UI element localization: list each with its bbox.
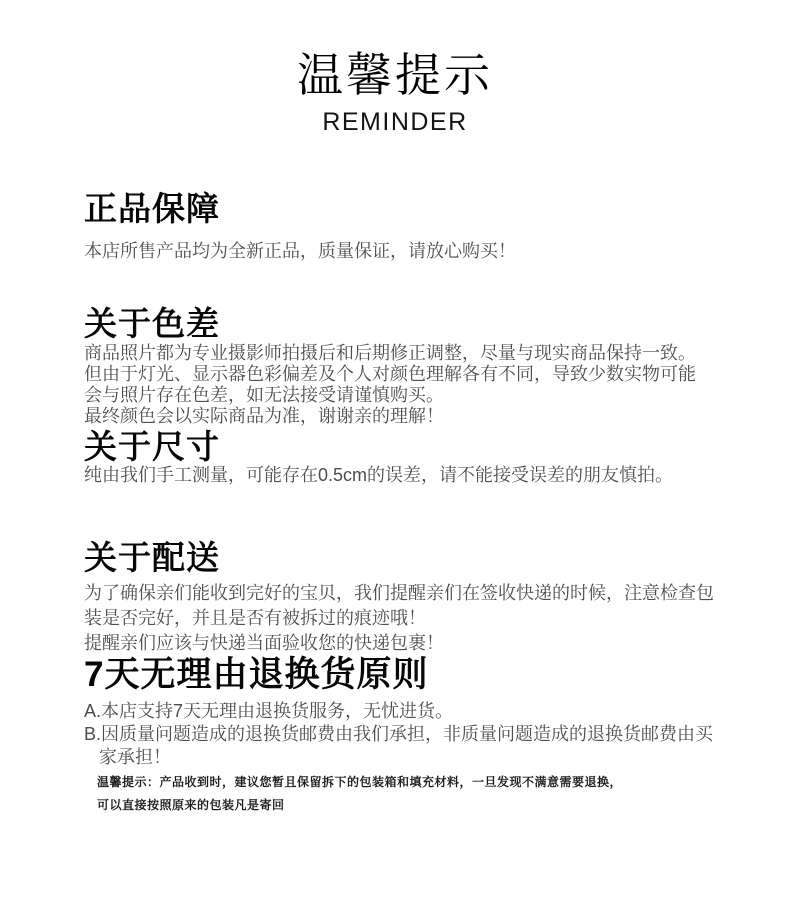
section-body-color-difference: 商品照片都为专业摄影师拍摄后和后期修正调整，尽量与现实商品保持一致。 但由于灯光… (84, 343, 696, 427)
page-title: 温馨提示 (0, 52, 790, 98)
text-line: 装是否完好，并且是否有被拆过的痕迹哦！ (84, 606, 714, 631)
section-heading-color-difference: 关于色差 (84, 307, 220, 340)
text-line: 商品照片都为专业摄影师拍摄后和后期修正调整，尽量与现实商品保持一致。 (84, 343, 696, 364)
text-line: 会与照片存在色差，如无法接受请谨慎购买。 (84, 385, 696, 406)
section-body-return-policy: A.本店支持7天无理由退换货服务，无忧进货。 B.因质量问题造成的退换货邮费由我… (84, 700, 713, 769)
section-heading-authenticity: 正品保障 (84, 192, 220, 225)
text-line: 家承担！ (84, 746, 713, 769)
text-line: 提醒亲们应该与快递当面验收您的快递包裹！ (84, 631, 714, 656)
footer-line: 温馨提示：产品收到时，建议您暂且保留拆下的包装箱和填充材料，一旦发现不满意需要退… (97, 771, 622, 794)
section-body-authenticity: 本店所售产品均为全新正品，质量保证，请放心购买！ (84, 241, 516, 262)
section-heading-delivery: 关于配送 (84, 541, 220, 574)
section-body-delivery: 为了确保亲们能收到完好的宝贝，我们提醒亲们在签收快递的时候，注意检查包 装是否完… (84, 581, 714, 656)
section-heading-size: 关于尺寸 (84, 430, 220, 463)
footer-line: 可以直接按照原来的包装凡是寄回 (97, 794, 622, 817)
text-line: 本店所售产品均为全新正品，质量保证，请放心购买！ (84, 241, 516, 262)
text-line: 但由于灯光、显示器色彩偏差及个人对颜色理解各有不同，导致少数实物可能 (84, 364, 696, 385)
section-body-size: 纯由我们手工测量，可能存在0.5cm的误差，请不能接受误差的朋友慎拍。 (84, 465, 673, 486)
footer-note: 温馨提示：产品收到时，建议您暂且保留拆下的包装箱和填充材料，一旦发现不满意需要退… (97, 771, 622, 817)
text-line: 最终颜色会以实际商品为准，谢谢亲的理解！ (84, 406, 696, 427)
reminder-page: 温馨提示 REMINDER 正品保障 本店所售产品均为全新正品，质量保证，请放心… (0, 0, 790, 901)
section-heading-return-policy: 7天无理由退换货原则 (84, 657, 428, 692)
text-line: A.本店支持7天无理由退换货服务，无忧进货。 (84, 700, 713, 723)
text-line: B.因质量问题造成的退换货邮费由我们承担，非质量问题造成的退换货邮费由买 (84, 723, 713, 746)
text-line: 纯由我们手工测量，可能存在0.5cm的误差，请不能接受误差的朋友慎拍。 (84, 465, 673, 486)
page-subtitle: REMINDER (0, 110, 790, 135)
text-line: 为了确保亲们能收到完好的宝贝，我们提醒亲们在签收快递的时候，注意检查包 (84, 581, 714, 606)
